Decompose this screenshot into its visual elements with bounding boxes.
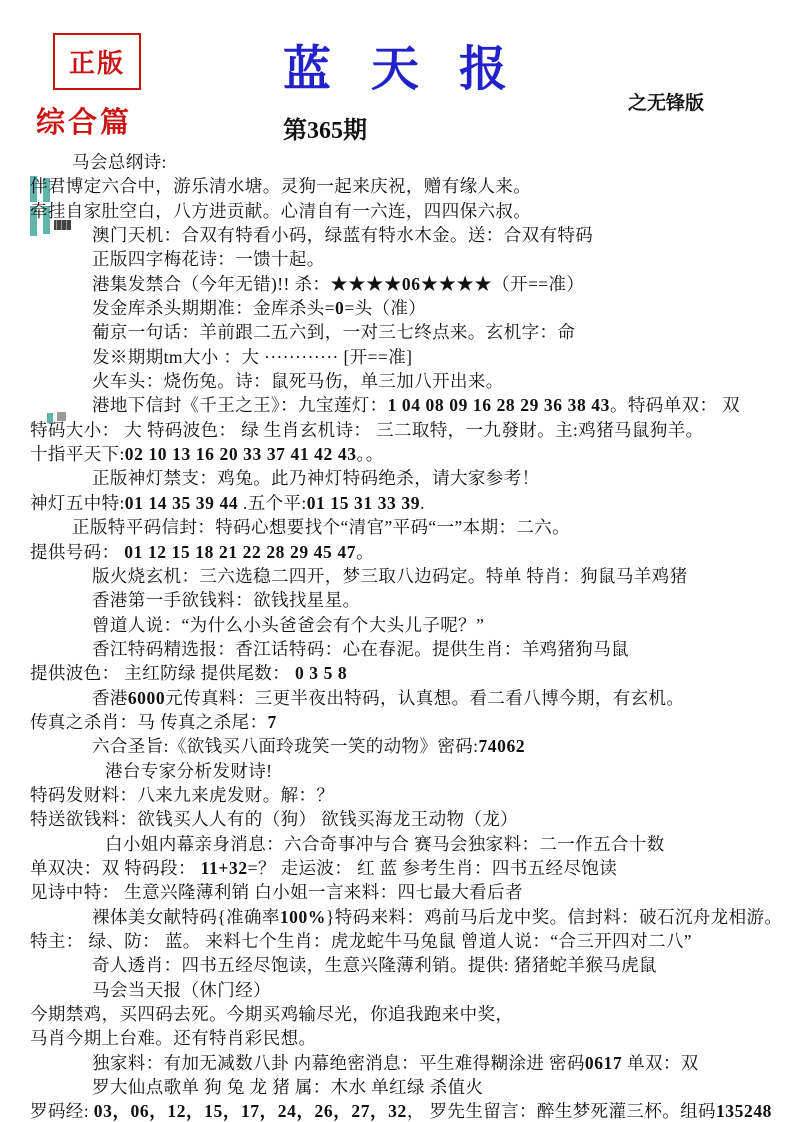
text-line: 曾道人说：“为什么小头爸爸会有个大头儿子呢？” <box>92 613 793 637</box>
text-line: 今期禁鸡，买四码去死。今期买鸡输尽光，你追我跑来中奖， <box>30 1002 793 1026</box>
text-line: 港集发禁合（今年无错)!! 杀：★★★★06★★★★（开==准） <box>92 272 793 296</box>
edition-label: 之无锋版 <box>628 88 704 115</box>
text-line: 特主： 绿、防： 蓝。 来料七个生肖：虎龙蛇牛马兔鼠 曾道人说：“合三开四对二八… <box>30 929 793 953</box>
text-line: 香江特码精选报：香江话特码：心在春泥。提供生肖：羊鸡猪狗马鼠 <box>92 637 793 661</box>
text-line: 传真之杀肖：马 传真之杀尾：7 <box>30 710 793 734</box>
text-line: 独家料：有加无减数八卦 内幕绝密消息：平生难得糊涂进 密码0617 单双：双 <box>92 1051 793 1075</box>
text-line: 牵挂自家肚空白，八方进贡献。心清自有一六连，四四保六叔。 <box>30 199 793 223</box>
text-line: 罗大仙点歌单 狗 兔 龙 猪 属：木水 单红绿 杀值火 <box>92 1075 793 1099</box>
lantianbao-page: 正版 蓝 天 报 之无锋版 综合篇 第365期 马会总纲诗:伴君博定六合中，游乐… <box>0 0 793 1122</box>
text-line: 葡京一句话：羊前跟二五六到，一对三七终点来。玄机字：命 <box>92 320 793 344</box>
text-line: 正版特平码信封：特码心想要找个“清官”平码“一”本期：二六。 <box>72 515 793 539</box>
text-line: 正版神灯禁支：鸡兔。此乃神灯特码绝杀，请大家参考！ <box>92 466 793 490</box>
text-line: 白小姐内幕亲身消息：六合奇事冲与合 赛马会独家料：二一作五合十数 <box>105 832 793 856</box>
paper-title: 蓝 天 报 <box>283 30 521 99</box>
text-line: 港地下信封《千王之王》：九宝莲灯：1 04 08 09 16 28 29 36 … <box>92 393 793 417</box>
text-line: 罗码经: 03，06，12，15，17，24，26，27，32， 罗先生留言：醉… <box>30 1099 793 1122</box>
text-line: 正版四字梅花诗：一馈十起。 <box>92 247 793 271</box>
text-line: 提供号码： 01 12 15 18 21 22 28 29 45 47。 <box>30 540 793 564</box>
text-line: 发※期期tm大小 ：大 ············ [开==准] <box>92 345 793 369</box>
issue-number: 第365期 <box>283 110 367 145</box>
text-line: 港台专家分析发财诗! <box>105 759 793 783</box>
authentic-stamp-label: 正版 <box>69 43 125 80</box>
text-line: 马会当天报（休门经） <box>92 978 793 1002</box>
text-line: 发金库杀头期期准：金库杀头=0=头（准） <box>92 296 793 320</box>
text-line: 马会总纲诗: <box>72 150 793 174</box>
text-line: 澳门天机：合双有特看小码，绿蓝有特水木金。送：合双有特码 <box>92 223 793 247</box>
text-line: 十指平天下:02 10 13 16 20 33 37 41 42 43。。 <box>30 442 793 466</box>
section-label: 综合篇 <box>36 100 132 141</box>
text-line: 特码发财料：八来九来虎发财。解：？ <box>30 783 793 807</box>
text-line: 提供波色： 主红防绿 提供尾数： 0 3 5 8 <box>30 661 793 685</box>
text-line: 裸体美女献特码{准确率100%}特码来料：鸡前马后龙中奖。信封料：破石沉舟龙相游… <box>92 905 793 929</box>
text-line: 伴君博定六合中，游乐清水塘。灵狗一起来庆祝，赠有缘人来。 <box>30 174 793 198</box>
text-line: 六合圣旨:《欲钱买八面玲珑笑一笑的动物》密码:74062 <box>92 734 793 758</box>
text-line: 神灯五中特:01 14 35 39 44 .五个平:01 15 31 33 39… <box>30 491 793 515</box>
text-line: 马肖今期上台难。还有特肖彩民想。 <box>30 1026 793 1050</box>
text-line: 火车头：烧伤兔。诗：鼠死马伤，单三加八开出来。 <box>92 369 793 393</box>
text-line: 香港第一手欲钱料：欲钱找星星。 <box>92 588 793 612</box>
text-line: 特送欲钱料：欲钱买人人有的（狗） 欲钱买海龙王动物（龙） <box>30 807 793 831</box>
content-lines: 马会总纲诗:伴君博定六合中，游乐清水塘。灵狗一起来庆祝，赠有缘人来。牵挂自家肚空… <box>0 150 793 1122</box>
text-line: 奇人透肖：四书五经尽饱读，生意兴隆薄利销。提供: 猪猪蛇羊猴马虎鼠 <box>92 953 793 977</box>
text-line: 见诗中特： 生意兴隆薄利销 白小姐一言来料：四七最大看后者 <box>30 880 793 904</box>
text-line: 单双决：双 特码段： 11+32=？ 走运波： 红 蓝 参考生肖：四书五经尽饱读 <box>30 856 793 880</box>
text-line: 香港6000元传真料：三更半夜出特码，认真想。看二看八博今期，有玄机。 <box>92 686 793 710</box>
authentic-stamp-box: 正版 <box>53 33 141 90</box>
text-line: 特码大小： 大 特码波色： 绿 生肖玄机诗： 三二取特，一九發財。主:鸡猪马鼠狗… <box>30 418 793 442</box>
text-line: 版火烧玄机：三六选稳二四开，梦三取八边码定。特单 特肖：狗鼠马羊鸡猪 <box>92 564 793 588</box>
